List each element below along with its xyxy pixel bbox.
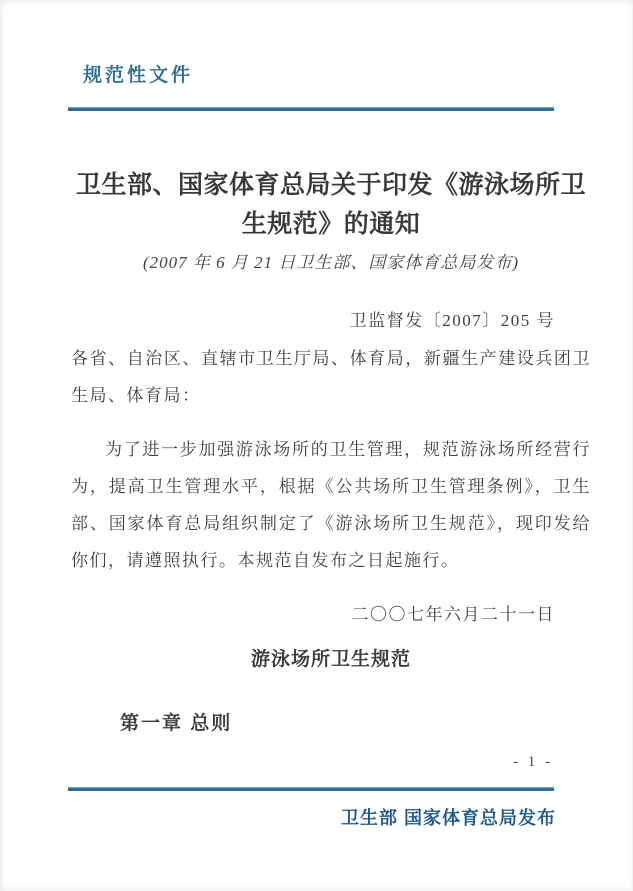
signature-date: 二〇〇七年六月二十一日 <box>71 596 591 633</box>
footer-publisher-label: 卫生部 国家体育总局发布 <box>341 804 556 830</box>
footer-divider-rule <box>68 787 554 791</box>
notice-title: 卫生部、国家体育总局关于印发《游泳场所卫生规范》的通知 <box>71 166 591 244</box>
page-number: - 1 - <box>513 754 553 771</box>
notice-body-paragraph: 为了进一步加强游泳场所的卫生管理，规范游泳场所经营行为，提高卫生管理水平，根据《… <box>71 431 591 579</box>
document-category-label: 规范性文件 <box>83 60 193 87</box>
document-reference-number: 卫监督发〔2007〕205 号 <box>71 308 591 334</box>
notice-issue-date-subtitle: (2007 年 6 月 21 日卫生部、国家体育总局发布) <box>71 249 591 276</box>
document-content: 卫生部、国家体育总局关于印发《游泳场所卫生规范》的通知 (2007 年 6 月 … <box>71 166 591 737</box>
header-divider-rule <box>68 107 554 111</box>
document-page: 规范性文件 卫生部、国家体育总局关于印发《游泳场所卫生规范》的通知 (2007 … <box>0 0 633 891</box>
addressee-salutation: 各省、自治区、直辖市卫生厅局、体育局，新疆生产建设兵团卫生局、体育局： <box>71 340 591 414</box>
chapter-one-heading: 第一章 总则 <box>71 711 591 737</box>
regulation-title-heading: 游泳场所卫生规范 <box>71 647 591 673</box>
